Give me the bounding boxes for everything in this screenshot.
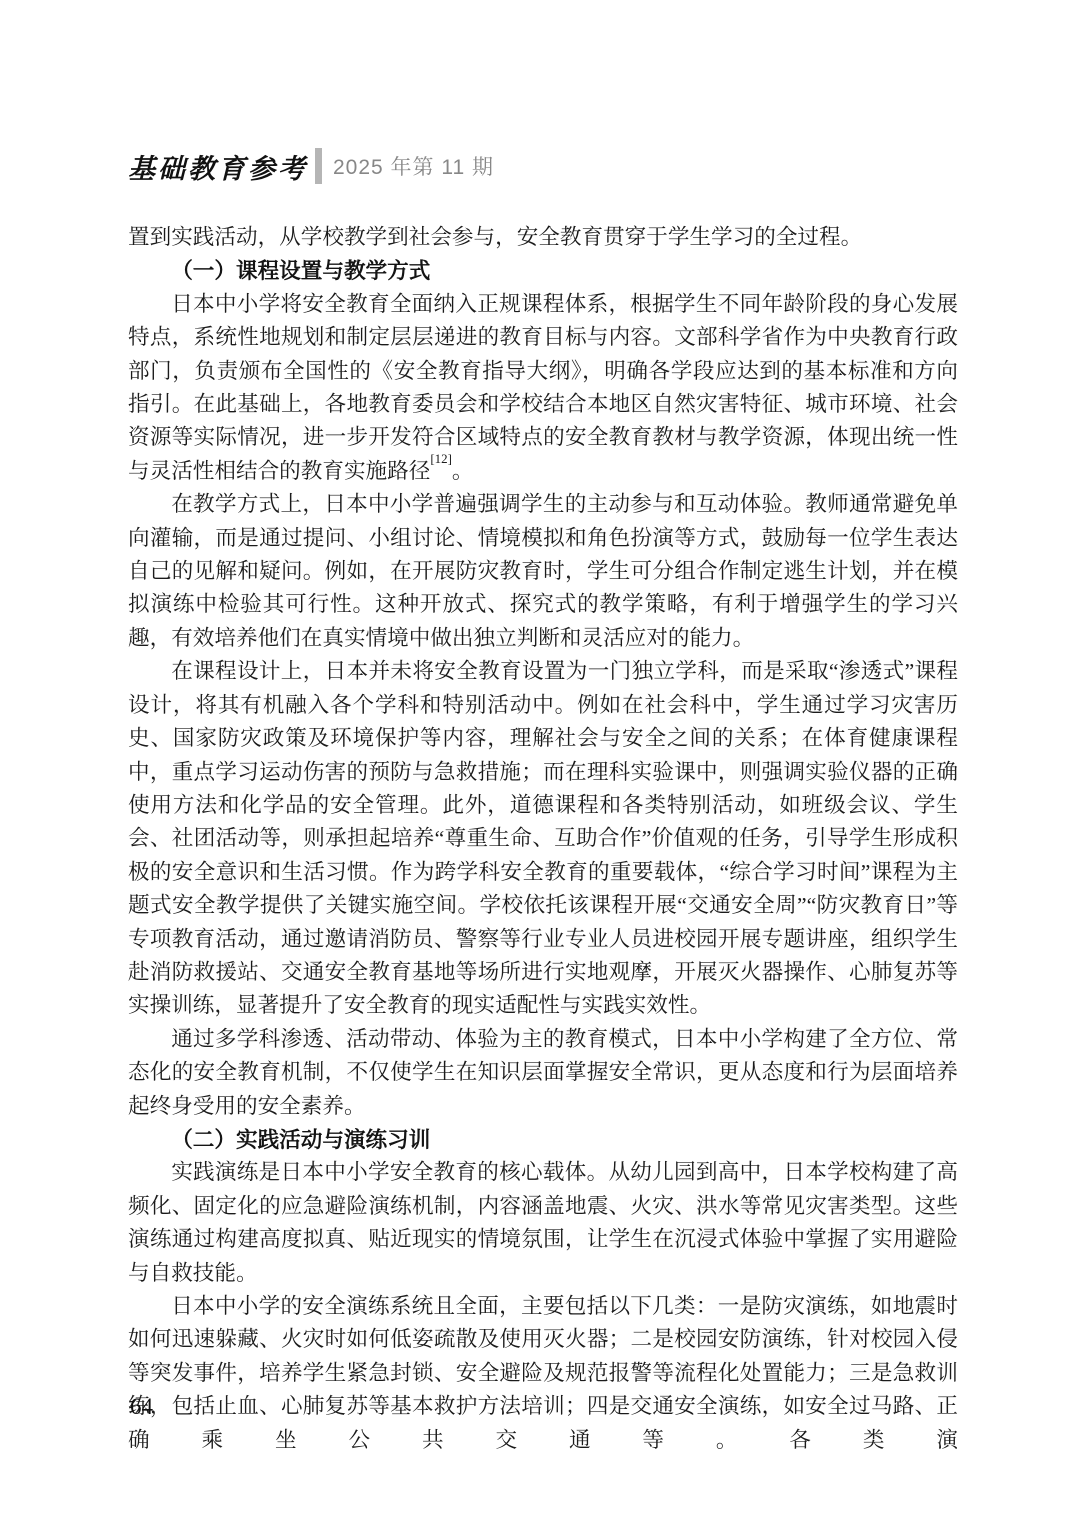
footnote-ref: [12] xyxy=(430,451,452,466)
paragraph-continuation: 置到实践活动，从学校教学到社会参与，安全教育贯穿于学生学习的全过程。 xyxy=(128,221,958,254)
journal-issue: 2025 年第 11 期 xyxy=(333,151,494,181)
page-number: 64 xyxy=(130,1394,153,1420)
paragraph-text: 日本中小学将安全教育全面纳入正规课程体系，根据学生不同年龄阶段的身心发展特点，系… xyxy=(128,292,958,483)
paragraph: 通过多学科渗透、活动带动、体验为主的教育模式，日本中小学构建了全方位、常态化的安… xyxy=(128,1023,958,1123)
paragraph: 实践演练是日本中小学安全教育的核心载体。从幼儿园到高中，日本学校构建了高频化、固… xyxy=(128,1156,958,1290)
paragraph: 在课程设计上，日本并未将安全教育设置为一门独立学科，而是采取“渗透式”课程设计，… xyxy=(128,655,958,1022)
journal-logo: 基础教育参考 xyxy=(128,147,308,186)
page-header: 基础教育参考 2025 年第 11 期 xyxy=(128,146,494,186)
section-heading-1: （一）课程设置与教学方式 xyxy=(128,254,958,287)
paragraph: 日本中小学将安全教育全面纳入正规课程体系，根据学生不同年龄阶段的身心发展特点，系… xyxy=(128,288,958,488)
section-heading-2: （二）实践活动与演练习训 xyxy=(128,1123,958,1156)
paragraph-cutoff: 日本中小学的安全演练系统且全面，主要包括以下几类：一是防灾演练，如地震时如何迅速… xyxy=(128,1290,958,1457)
paragraph-text-end: 。 xyxy=(452,459,474,483)
document-page: 基础教育参考 2025 年第 11 期 置到实践活动，从学校教学到社会参与，安全… xyxy=(0,0,1080,1528)
paragraph: 在教学方式上，日本中小学普遍强调学生的主动参与和互动体验。教师通常避免单向灌输，… xyxy=(128,488,958,655)
header-divider-bar xyxy=(315,148,322,184)
article-body: 置到实践活动，从学校教学到社会参与，安全教育贯穿于学生学习的全过程。 （一）课程… xyxy=(128,221,958,1457)
